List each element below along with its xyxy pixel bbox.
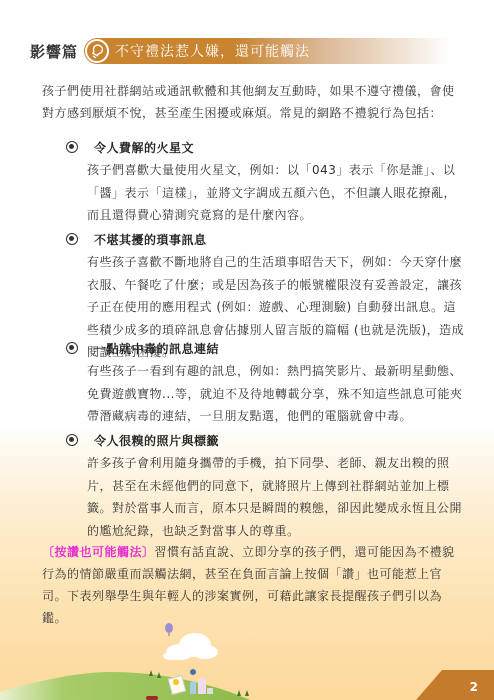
- item-body: 孩子們喜歡大量使用火星文，例如：以「043」表示「你是誰」、以「醬」表示「這樣」…: [87, 159, 466, 227]
- intro-paragraph: 孩子們使用社群網站或通訊軟體和其他網友互動時，如果不遵守禮儀，會使對方感到厭煩不…: [42, 80, 462, 124]
- bullseye-bullet-icon: [66, 233, 78, 245]
- footer-illustration: 2: [0, 600, 494, 700]
- item-body: 有些孩子一看到有趣的訊息，例如：熱門搞笑影片、最新明星動態、免費遊戲寶物...等…: [87, 360, 466, 428]
- cloud-icon: [163, 633, 218, 660]
- title-banner: 不守禮法惹人嫌，還可能觸法: [84, 38, 450, 64]
- page-title: 不守禮法惹人嫌，還可能觸法: [115, 41, 310, 61]
- section-header: 影響篇 不守禮法惹人嫌，還可能觸法: [30, 38, 450, 64]
- item-title: 一點就中毒的訊息連結: [94, 340, 219, 357]
- car-icon: [146, 696, 158, 700]
- hot-air-balloon-icon: [165, 623, 173, 636]
- list-item: 令人很糗的照片與標籤 許多孩子會利用隨身攜帶的手機，拍下同學、老師、親友出糗的照…: [66, 430, 466, 542]
- highlight-label: 〔按讚也可能觸法〕: [42, 545, 155, 559]
- item-title: 不堪其擾的瑣事訊息: [94, 231, 207, 248]
- list-item: 令人費解的火星文 孩子們喜歡大量使用火星文，例如：以「043」表示「你是誰」、以…: [66, 137, 466, 227]
- bullseye-bullet-icon: [66, 141, 78, 153]
- hill-icon: [0, 672, 250, 700]
- lightbulb-icon: [85, 39, 109, 63]
- list-item: 一點就中毒的訊息連結 有些孩子一看到有趣的訊息，例如：熱門搞笑影片、最新明星動態…: [66, 338, 466, 428]
- item-title: 令人費解的火星文: [94, 139, 194, 156]
- item-body: 許多孩子會利用隨身攜帶的手機，拍下同學、老師、親友出糗的照片，甚至在未經他們的同…: [87, 452, 466, 542]
- section-label: 影響篇: [30, 41, 78, 62]
- bullseye-bullet-icon: [66, 342, 78, 354]
- item-title: 令人很糗的照片與標籤: [94, 432, 219, 449]
- page-number: 2: [470, 680, 478, 694]
- bullseye-bullet-icon: [66, 434, 78, 446]
